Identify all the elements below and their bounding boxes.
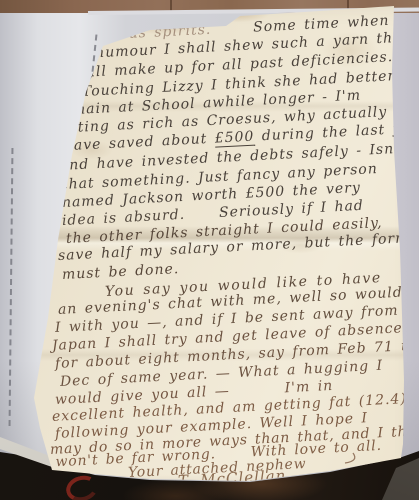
letter-line: must be done. [62,262,180,282]
perforation-line-left [9,148,14,426]
letter-text-segment: £500 [214,129,254,148]
letter-paper: numerous spirits.Some time when inthe hu… [0,0,419,500]
photograph-of-letter: numerous spirits.Some time when inthe hu… [0,0,419,500]
letter-text-segment: I'm in [284,378,333,396]
letter-text-segment: must be done. [62,261,180,283]
